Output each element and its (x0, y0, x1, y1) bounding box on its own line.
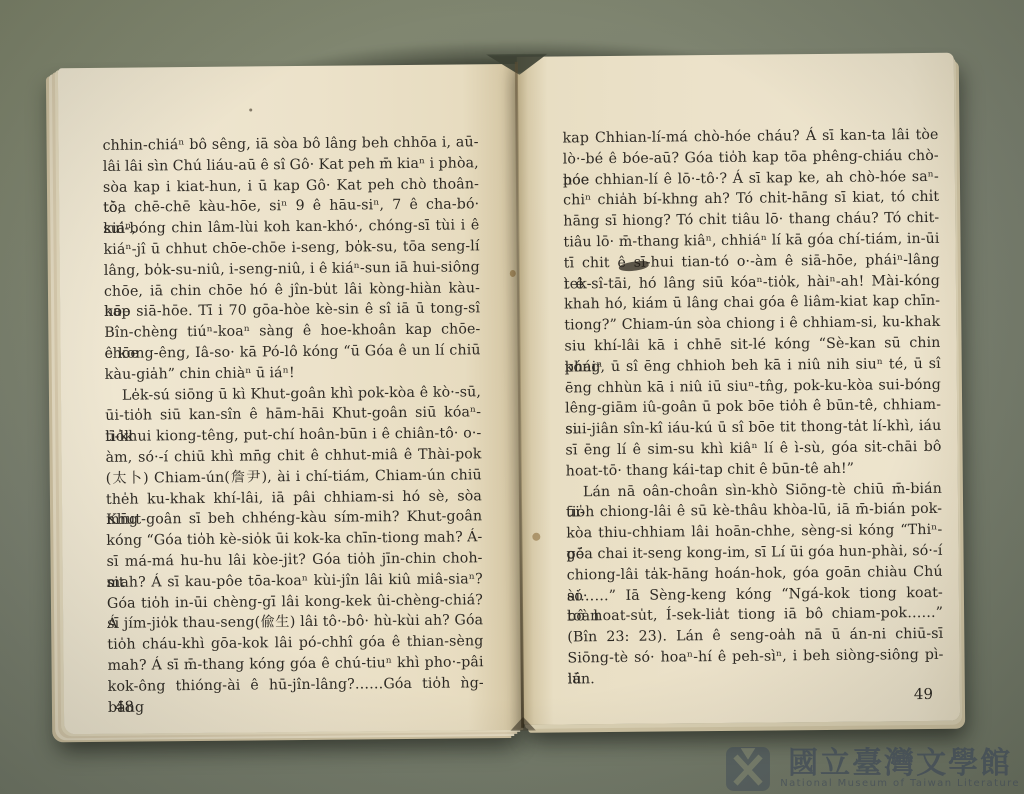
page-number-right: 49 (914, 685, 933, 703)
open-book: chhin-chiáⁿ bô sêng, iā sòa bô lâng beh … (58, 53, 960, 741)
text-line: kok-ông thióng-ài ê hū-jîn-lâng?……Góa ti… (108, 673, 484, 697)
text-line: tī chit ê sī-hui tian-tó o·-àm ê siā-hōe… (564, 250, 940, 274)
text-line: lán. (568, 666, 944, 690)
page-stain (532, 533, 540, 541)
text-line: ê kong-êng, Iâ-so· kā Pó-lô kóng “ū Góa … (104, 340, 480, 364)
text-line: Siōng-tè só· hoaⁿ-hí ê peh-sìⁿ, i beh si… (567, 645, 943, 669)
page-number-left: 48 (115, 698, 134, 716)
text-line: mah? Á sī kau-pôe tōa-koaⁿ kùi-jîn lâi k… (107, 569, 483, 593)
page-stain (249, 108, 252, 111)
page-right: kap Chhian-lí-má chò-hóe cháu? Á sī kan-… (517, 53, 960, 725)
page-right-text: kap Chhian-lí-má chò-hóe cháu? Á sī kan-… (562, 125, 943, 690)
text-line: chiong-lâi ta̍k-hāng hoán-hok, góa goān … (567, 562, 943, 586)
watermark: 國立臺灣文學館 National Museum of Taiwan Litera… (725, 746, 1020, 792)
nmtl-logo-icon (725, 746, 771, 792)
page-left-text: chhin-chiáⁿ bô sêng, iā sòa bô lâng beh … (102, 132, 483, 697)
page-stain (510, 270, 516, 277)
watermark-title: 國立臺灣文學館 (788, 749, 1012, 779)
page-left: chhin-chiáⁿ bô sêng, iā sòa bô lâng beh … (58, 64, 523, 734)
photo-background: chhin-chiáⁿ bô sêng, iā sòa bô lâng beh … (0, 0, 1024, 794)
text-line: (太卜) Chiam-ún(詹尹), ài i chí-tiám, Chiam-… (106, 465, 482, 489)
watermark-subtitle: National Museum of Taiwan Literature (780, 778, 1020, 789)
watermark-text: 國立臺灣文學館 National Museum of Taiwan Litera… (780, 749, 1020, 789)
text-line: sī ēng lí ê sim-su khì kiâⁿ lí ê ì-sù, g… (565, 437, 941, 461)
text-line: kóng, ū sî ēng chhioh beh kā i niû nih s… (565, 354, 941, 378)
